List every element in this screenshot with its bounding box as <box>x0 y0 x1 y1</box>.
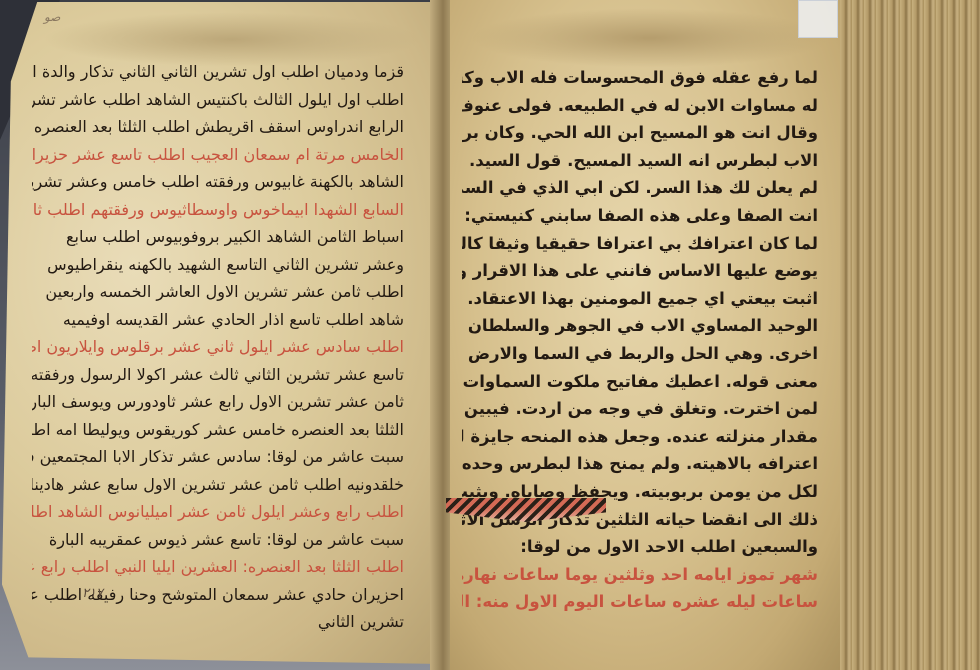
text-line: قزما ودميان اطلب اول تشرين الثاني الثاني… <box>32 58 404 86</box>
text-line: وعشر تشرين الثاني التاسع الشهيد بالكهنه … <box>32 251 404 279</box>
text-line: خلقدونيه اطلب ثامن عشر تشرين الاول سابع … <box>32 471 404 499</box>
text-line: ثامن عشر تشرين الاول رابع عشر ثاودورس وي… <box>32 388 404 416</box>
text-line: والسبعين اطلب الاحد الاول من لوقا: <box>462 533 818 561</box>
folio-number: ٢١٧ <box>82 586 103 601</box>
text-line: الشاهد بالكهنة غابيوس ورفقته اطلب خامس و… <box>32 168 404 196</box>
tape-strip <box>798 0 838 38</box>
text-line: مقدار منزلته عنده. وجعل هذه المنحه جايزة… <box>462 423 818 451</box>
text-line: له مساوات الابن له في الطبيعه. فولى عنوف… <box>462 92 818 120</box>
page-fore-edge <box>840 0 980 670</box>
text-line: اخرى. وهي الحل والربط في السما والارض لا… <box>462 340 818 368</box>
text-line: معنى قوله. اعطيك مفاتيح ملكوت السماوات. … <box>462 368 818 396</box>
text-line: وقال انت هو المسيح ابن الله الحي. وكان ب… <box>462 119 818 147</box>
text-line: تشرين الثاني <box>32 608 404 636</box>
text-line: سبت عاشر من لوقا: تاسع عشر ذيوس عمقريبه … <box>32 526 404 554</box>
text-line-rubric: اطلب رابع وعشر ايلول ثامن عشر اميليانوس … <box>32 498 404 526</box>
text-line: اطلب ثامن عشر تشرين الاول العاشر الخمسه … <box>32 278 404 306</box>
text-line-rubric: السابع الشهدا ابيماخوس واوسطاثيوس ورفقته… <box>32 196 404 224</box>
right-page-text: لما رفع عقله فوق المحسوسات فله الاب وكشف… <box>462 64 818 616</box>
text-line: اسباط الثامن الشاهد الكبير بروفوبيوس اطل… <box>32 223 404 251</box>
text-line: الوحيد المساوي الاب في الجوهر والسلطان ف… <box>462 312 818 340</box>
text-line-rubric: ساعات ليله عشره ساعات اليوم الاول منه: ا… <box>462 588 818 616</box>
left-page-text: قزما ودميان اطلب اول تشرين الثاني الثاني… <box>32 58 404 636</box>
text-line: تاسع عشر تشرين الثاني ثالث عشر اكولا الر… <box>32 361 404 389</box>
corner-annotation: صو <box>44 10 60 24</box>
text-line: لم يعلن لك هذا السر. لكن ابي الذي في الس… <box>462 174 818 202</box>
text-line: اعترافه بالاهيته. ولم يمنح هذا لبطرس وحد… <box>462 450 818 478</box>
text-line: سبت عاشر من لوقا: سادس عشر تذكار الابا ا… <box>32 443 404 471</box>
water-stain <box>470 8 830 68</box>
manuscript-photo: صو قزما ودميان اطلب اول تشرين الثاني الث… <box>0 0 980 670</box>
text-line: لما رفع عقله فوق المحسوسات فله الاب وكشف <box>462 64 818 92</box>
text-line: اطلب اول ايلول الثالث باكنتيس الشاهد اطل… <box>32 86 404 114</box>
text-line: انت الصفا وعلى هذه الصفا سابني كنيستي: ه… <box>462 202 818 230</box>
text-line: الثلثا بعد العنصره خامس عشر كوريقوس ويول… <box>32 416 404 444</box>
text-line: شاهد اطلب تاسع اذار الحادي عشر القديسه ا… <box>32 306 404 334</box>
text-line: لما كان اعترافك بي اعترافا حقيقيا وثيقا … <box>462 230 818 258</box>
text-line-rubric: الخامس مرتة ام سمعان العجيب اطلب تاسع عش… <box>32 141 404 169</box>
text-line: اثبت بيعتي اي جميع المومنين بهذا الاعتقا… <box>462 285 818 313</box>
text-line: الرابع اندراوس اسقف اقريطش اطلب الثلثا ب… <box>32 113 404 141</box>
text-line-rubric: اطلب سادس عشر ايلول ثاني عشر برقلوس وايل… <box>32 333 404 361</box>
text-line-rubric: اطلب الثلثا بعد العنصره: العشرين ايليا ا… <box>32 553 404 581</box>
text-line: الاب لبطرس انه السيد المسيح. قول السيد. … <box>462 147 818 175</box>
text-line-rubric: شهر تموز ايامه احد وثلثين يوما ساعات نها… <box>462 561 818 589</box>
text-line: لمن اخترت. وتغلق في وجه من اردت. فيبين ب… <box>462 395 818 423</box>
text-line: يوضع عليها الاساس فانني على هذا الاقرار … <box>462 257 818 285</box>
